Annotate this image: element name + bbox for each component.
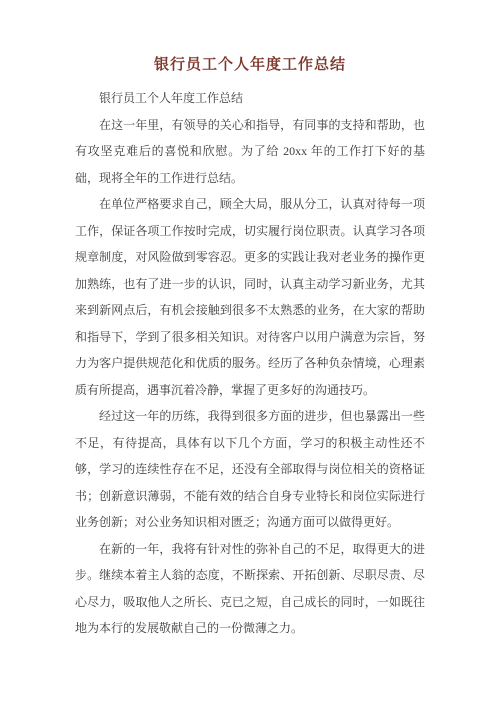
paragraph: 银行员工个人年度工作总结 [75,85,425,112]
paragraph: 经过这一年的历练，我得到很多方面的进步，但也暴露出一些不足，有待提高，具体有以下… [75,403,425,536]
paragraph: 在新的一年，我将有针对性的弥补自己的不足，取得更大的进步。继续本着主人翁的态度，… [75,536,425,642]
document-title: 银行员工个人年度工作总结 [0,56,500,74]
paragraph: 在这一年里，有领导的关心和指导，有同事的支持和帮助，也有攻坚克难后的喜悦和欣慰。… [75,112,425,192]
document-page: 银行员工个人年度工作总结 银行员工个人年度工作总结在这一年里，有领导的关心和指导… [0,0,500,707]
paragraph: 在单位严格要求自己，顾全大局，服从分工，认真对待每一项工作，保证各项工作按时完成… [75,191,425,403]
document-body: 银行员工个人年度工作总结在这一年里，有领导的关心和指导，有同事的支持和帮助，也有… [75,85,425,642]
